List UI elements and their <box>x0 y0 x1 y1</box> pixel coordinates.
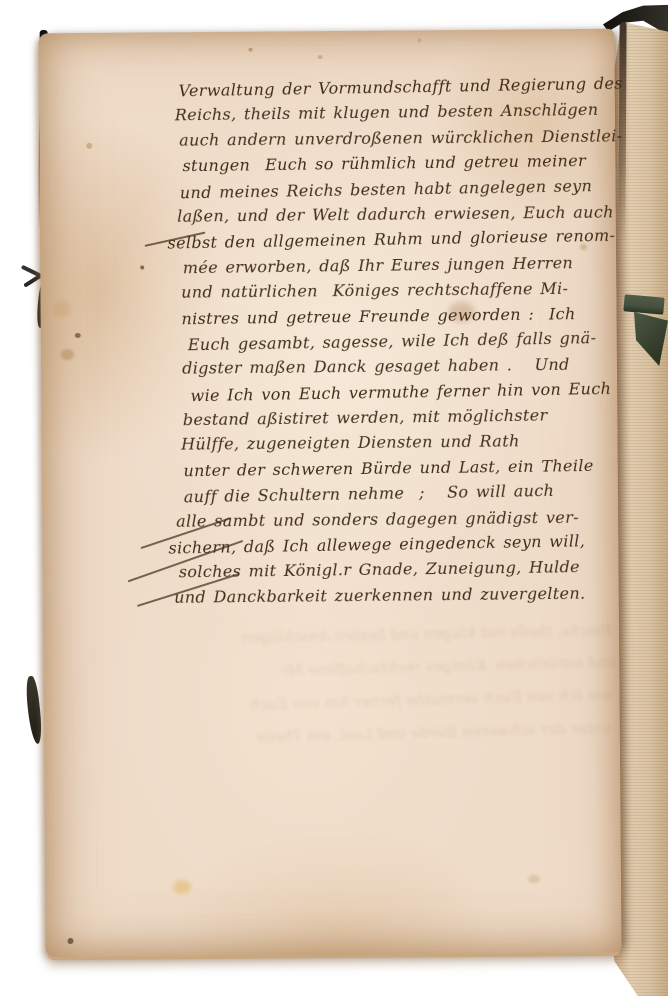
text-line: auch andern unverdroßenen würcklichen Di… <box>179 123 617 153</box>
foxing-spot <box>318 55 323 59</box>
foxing-spot <box>75 333 81 338</box>
handwritten-text: Verwaltung der Vormundschafft und Regier… <box>178 72 623 611</box>
manuscript-page: Verwaltung der Vormundschafft und Regier… <box>38 29 621 957</box>
foxing-spot <box>67 938 73 944</box>
binding-tie-left-bottom <box>24 676 43 745</box>
foxing-spot <box>248 48 252 52</box>
foxing-spot <box>528 874 540 883</box>
foxing-spot <box>417 38 421 42</box>
text-line: Hülffe, zugeneigten Diensten und Rath <box>181 428 621 458</box>
bleed-through-text: Reichs, theils mit klugen und besten Ans… <box>172 613 615 756</box>
binding-tie-fragment <box>623 294 664 314</box>
foxing-spot <box>86 143 92 149</box>
foxing-spot <box>140 265 144 269</box>
stain <box>173 880 191 894</box>
text-line: und Danckbarkeit zuerkennen und zuvergel… <box>174 580 623 610</box>
foxing-spot <box>61 349 74 360</box>
binding-tie-fragment <box>634 312 668 366</box>
text-line: und natürlichen Königes rechtschaffene M… <box>181 275 619 305</box>
binding-tie-right <box>622 288 668 378</box>
foxing-spot <box>52 301 70 317</box>
manuscript-photo: Verwaltung der Vormundschafft und Regier… <box>0 0 668 1000</box>
